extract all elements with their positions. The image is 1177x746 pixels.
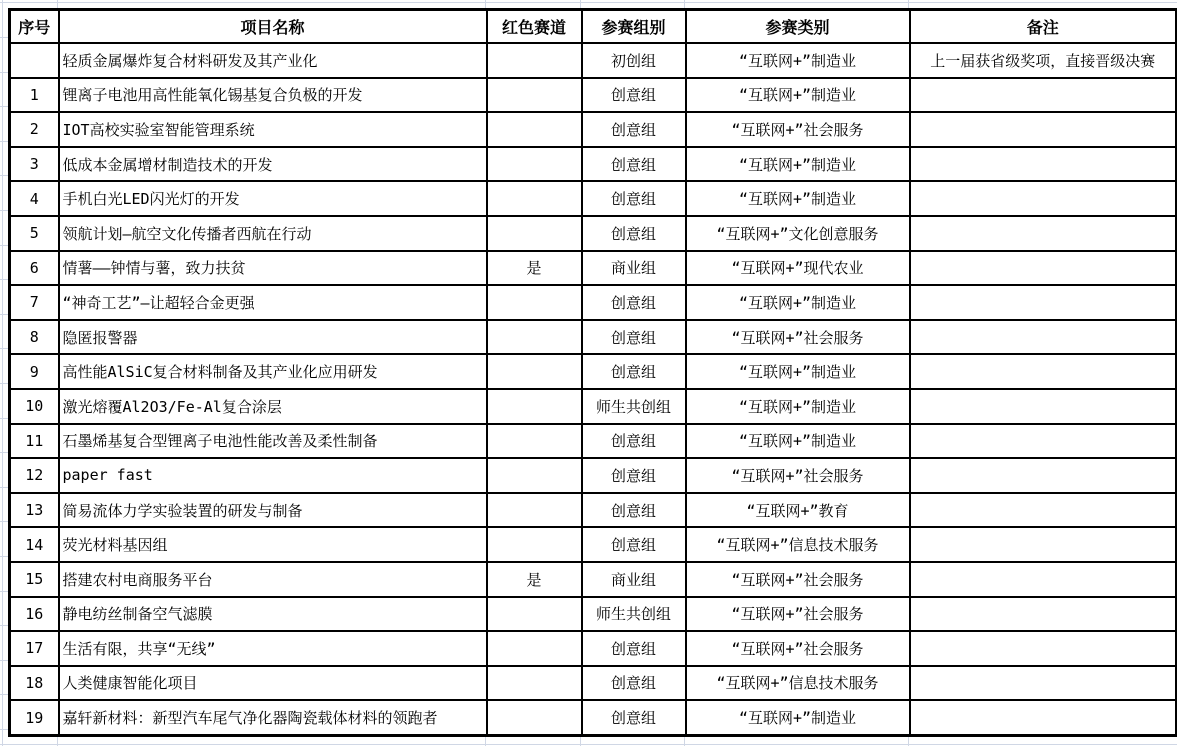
serial-number-cell: 1 (10, 78, 59, 113)
entry-group-cell: 创意组 (582, 354, 686, 389)
excel-gridline (0, 556, 8, 557)
excel-gridline (0, 37, 8, 38)
remarks-cell (910, 181, 1177, 216)
excel-gridline (2, 0, 3, 746)
excel-gridline (485, 0, 486, 8)
project-name-cell: 锂离子电池用高性能氧化锡基复合负极的开发 (59, 78, 487, 113)
entry-category-cell: “互联网+”制造业 (686, 700, 910, 735)
excel-gridline (0, 487, 8, 488)
table-row: 2 IOT高校实验室智能管理系统 创意组 “互联网+”社会服务 (10, 112, 1177, 147)
remarks-cell (910, 389, 1177, 424)
entry-category-cell: “互联网+”制造业 (686, 181, 910, 216)
table-row: 8 隐匿报警器 创意组 “互联网+”社会服务 (10, 320, 1177, 355)
project-name-cell: 手机白光LED闪光灯的开发 (59, 181, 487, 216)
red-track-cell (487, 666, 582, 701)
red-track-cell (487, 631, 582, 666)
entry-group-cell: 创意组 (582, 631, 686, 666)
excel-gridline (0, 210, 8, 211)
excel-gridline (0, 452, 8, 453)
serial-number-cell: 9 (10, 354, 59, 389)
project-name-cell: 生活有限，共享“无线” (59, 631, 487, 666)
entry-category-cell: “互联网+”社会服务 (686, 320, 910, 355)
serial-number-cell: 10 (10, 389, 59, 424)
project-name-cell: 搭建农村电商服务平台 (59, 562, 487, 597)
red-track-cell (487, 320, 582, 355)
remarks-cell: 上一届获省级奖项，直接晋级决赛 (910, 43, 1177, 78)
entry-group-cell: 师生共创组 (582, 389, 686, 424)
excel-gridline (580, 737, 581, 746)
project-name-cell: 人类健康智能化项目 (59, 666, 487, 701)
excel-gridline (0, 141, 8, 142)
excel-gridline (0, 383, 8, 384)
entry-category-cell: “互联网+”制造业 (686, 78, 910, 113)
entry-category-cell: “互联网+”社会服务 (686, 597, 910, 632)
serial-number-cell: 13 (10, 493, 59, 528)
entry-group-cell: 商业组 (582, 251, 686, 286)
remarks-cell (910, 78, 1177, 113)
red-track-cell (487, 147, 582, 182)
project-name-cell: 荧光材料基因组 (59, 527, 487, 562)
remarks-cell (910, 458, 1177, 493)
serial-number-cell: 16 (10, 597, 59, 632)
project-name-cell: 低成本金属增材制造技术的开发 (59, 147, 487, 182)
excel-gridline (0, 694, 8, 695)
red-track-cell (487, 112, 582, 147)
excel-gridline (0, 245, 8, 246)
excel-gridline (0, 521, 8, 522)
project-name-cell: 嘉轩新材料：新型汽车尾气净化器陶瓷载体材料的领跑者 (59, 700, 487, 735)
red-track-cell (487, 389, 582, 424)
entry-category-cell: “互联网+”社会服务 (686, 562, 910, 597)
excel-gridline (0, 729, 8, 730)
entry-category-cell: “互联网+”教育 (686, 493, 910, 528)
excel-gridline (908, 737, 909, 746)
entry-group-cell: 创意组 (582, 112, 686, 147)
entry-group-cell: 创意组 (582, 666, 686, 701)
table-row: 12 paper fast 创意组 “互联网+”社会服务 (10, 458, 1177, 493)
remarks-cell (910, 354, 1177, 389)
project-name-cell: IOT高校实验室智能管理系统 (59, 112, 487, 147)
table-row: 17 生活有限，共享“无线” 创意组 “互联网+”社会服务 (10, 631, 1177, 666)
entry-category-cell: “互联网+”制造业 (686, 43, 910, 78)
red-track-cell (487, 354, 582, 389)
table-row: 1 锂离子电池用高性能氧化锡基复合负极的开发 创意组 “互联网+”制造业 (10, 78, 1177, 113)
table-row: 15 搭建农村电商服务平台 是 商业组 “互联网+”社会服务 (10, 562, 1177, 597)
table-row: 18 人类健康智能化项目 创意组 “互联网+”信息技术服务 (10, 666, 1177, 701)
red-track-cell: 是 (487, 562, 582, 597)
header-red-track: 红色赛道 (487, 10, 582, 44)
entry-category-cell: “互联网+”信息技术服务 (686, 666, 910, 701)
table-row: 16 静电纺丝制备空气滤膜 师生共创组 “互联网+”社会服务 (10, 597, 1177, 632)
entry-category-cell: “互联网+”现代农业 (686, 251, 910, 286)
header-serial-number: 序号 (10, 10, 59, 44)
entry-group-cell: 商业组 (582, 562, 686, 597)
serial-number-cell: 11 (10, 424, 59, 459)
remarks-cell (910, 597, 1177, 632)
serial-number-cell: 8 (10, 320, 59, 355)
serial-number-cell: 18 (10, 666, 59, 701)
table-row: 11 石墨烯基复合型锂离子电池性能改善及柔性制备 创意组 “互联网+”制造业 (10, 424, 1177, 459)
remarks-cell (910, 424, 1177, 459)
table-body: 轻质金属爆炸复合材料研发及其产业化 初创组 “互联网+”制造业 上一届获省级奖项… (10, 43, 1177, 735)
red-track-cell (487, 285, 582, 320)
serial-number-cell: 19 (10, 700, 59, 735)
red-track-cell: 是 (487, 251, 582, 286)
table-row: 13 简易流体力学实验装置的研发与制备 创意组 “互联网+”教育 (10, 493, 1177, 528)
serial-number-cell: 14 (10, 527, 59, 562)
project-name-cell: 高性能AlSiC复合材料制备及其产业化应用研发 (59, 354, 487, 389)
excel-gridline (0, 2, 1177, 3)
entry-category-cell: “互联网+”信息技术服务 (686, 527, 910, 562)
projects-table: 序号 项目名称 红色赛道 参赛组别 参赛类别 备注 轻质金属爆炸复合材料研发及其… (8, 8, 1177, 737)
entry-group-cell: 创意组 (582, 181, 686, 216)
excel-gridline (0, 314, 8, 315)
serial-number-cell: 2 (10, 112, 59, 147)
project-name-cell: paper fast (59, 458, 487, 493)
serial-number-cell: 5 (10, 216, 59, 251)
table-row: 4 手机白光LED闪光灯的开发 创意组 “互联网+”制造业 (10, 181, 1177, 216)
remarks-cell (910, 631, 1177, 666)
remarks-cell (910, 251, 1177, 286)
entry-group-cell: 创意组 (582, 78, 686, 113)
header-entry-category: 参赛类别 (686, 10, 910, 44)
project-name-cell: “神奇工艺”—让超轻合金更强 (59, 285, 487, 320)
project-name-cell: 简易流体力学实验装置的研发与制备 (59, 493, 487, 528)
remarks-cell (910, 216, 1177, 251)
serial-number-cell: 15 (10, 562, 59, 597)
header-project-name: 项目名称 (59, 10, 487, 44)
serial-number-cell: 7 (10, 285, 59, 320)
entry-group-cell: 创意组 (582, 458, 686, 493)
remarks-cell (910, 285, 1177, 320)
red-track-cell (487, 78, 582, 113)
remarks-cell (910, 562, 1177, 597)
entry-group-cell: 创意组 (582, 285, 686, 320)
excel-gridline (0, 72, 8, 73)
table-row: 轻质金属爆炸复合材料研发及其产业化 初创组 “互联网+”制造业 上一届获省级奖项… (10, 43, 1177, 78)
project-name-cell: 轻质金属爆炸复合材料研发及其产业化 (59, 43, 487, 78)
remarks-cell (910, 493, 1177, 528)
table-row: 10 激光熔覆Al2O3/Fe-Al复合涂层 师生共创组 “互联网+”制造业 (10, 389, 1177, 424)
serial-number-cell: 17 (10, 631, 59, 666)
excel-gridline (580, 0, 581, 8)
remarks-cell (910, 320, 1177, 355)
excel-gridline (684, 0, 685, 8)
red-track-cell (487, 216, 582, 251)
red-track-cell (487, 700, 582, 735)
entry-category-cell: “互联网+”社会服务 (686, 458, 910, 493)
project-name-cell: 静电纺丝制备空气滤膜 (59, 597, 487, 632)
table-row: 9 高性能AlSiC复合材料制备及其产业化应用研发 创意组 “互联网+”制造业 (10, 354, 1177, 389)
excel-gridline (684, 737, 685, 746)
entry-group-cell: 创意组 (582, 424, 686, 459)
project-name-cell: 隐匿报警器 (59, 320, 487, 355)
entry-category-cell: “互联网+”制造业 (686, 147, 910, 182)
excel-gridline (0, 591, 8, 592)
excel-gridline (0, 348, 8, 349)
entry-group-cell: 创意组 (582, 216, 686, 251)
project-name-cell: 情薯——钟情与薯，致力扶贫 (59, 251, 487, 286)
excel-gridline (0, 279, 8, 280)
table-row: 7 “神奇工艺”—让超轻合金更强 创意组 “互联网+”制造业 (10, 285, 1177, 320)
excel-gridline (0, 744, 1177, 745)
header-remarks: 备注 (910, 10, 1177, 44)
excel-gridline (0, 106, 8, 107)
excel-gridline (0, 660, 8, 661)
remarks-cell (910, 700, 1177, 735)
entry-category-cell: “互联网+”社会服务 (686, 112, 910, 147)
entry-category-cell: “互联网+”文化创意服务 (686, 216, 910, 251)
header-entry-group: 参赛组别 (582, 10, 686, 44)
red-track-cell (487, 527, 582, 562)
entry-category-cell: “互联网+”社会服务 (686, 631, 910, 666)
excel-gridline (0, 625, 8, 626)
serial-number-cell: 4 (10, 181, 59, 216)
project-name-cell: 领航计划—航空文化传播者西航在行动 (59, 216, 487, 251)
project-name-cell: 石墨烯基复合型锂离子电池性能改善及柔性制备 (59, 424, 487, 459)
serial-number-cell: 6 (10, 251, 59, 286)
excel-gridline (57, 737, 58, 746)
entry-group-cell: 创意组 (582, 320, 686, 355)
entry-category-cell: “互联网+”制造业 (686, 354, 910, 389)
table-row: 19 嘉轩新材料：新型汽车尾气净化器陶瓷载体材料的领跑者 创意组 “互联网+”制… (10, 700, 1177, 735)
entry-group-cell: 创意组 (582, 147, 686, 182)
serial-number-cell: 12 (10, 458, 59, 493)
spreadsheet-area: 序号 项目名称 红色赛道 参赛组别 参赛类别 备注 轻质金属爆炸复合材料研发及其… (0, 0, 1177, 746)
table-row: 6 情薯——钟情与薯，致力扶贫 是 商业组 “互联网+”现代农业 (10, 251, 1177, 286)
remarks-cell (910, 112, 1177, 147)
red-track-cell (487, 43, 582, 78)
excel-gridline (0, 418, 8, 419)
entry-group-cell: 师生共创组 (582, 597, 686, 632)
entry-category-cell: “互联网+”制造业 (686, 285, 910, 320)
remarks-cell (910, 527, 1177, 562)
serial-number-cell: 3 (10, 147, 59, 182)
entry-group-cell: 创意组 (582, 527, 686, 562)
remarks-cell (910, 147, 1177, 182)
remarks-cell (910, 666, 1177, 701)
excel-gridline (485, 737, 486, 746)
excel-gridline (908, 0, 909, 8)
red-track-cell (487, 458, 582, 493)
table-row: 5 领航计划—航空文化传播者西航在行动 创意组 “互联网+”文化创意服务 (10, 216, 1177, 251)
entry-category-cell: “互联网+”制造业 (686, 424, 910, 459)
red-track-cell (487, 181, 582, 216)
table-row: 14 荧光材料基因组 创意组 “互联网+”信息技术服务 (10, 527, 1177, 562)
table-row: 3 低成本金属增材制造技术的开发 创意组 “互联网+”制造业 (10, 147, 1177, 182)
red-track-cell (487, 597, 582, 632)
project-name-cell: 激光熔覆Al2O3/Fe-Al复合涂层 (59, 389, 487, 424)
red-track-cell (487, 493, 582, 528)
entry-category-cell: “互联网+”制造业 (686, 389, 910, 424)
entry-group-cell: 创意组 (582, 700, 686, 735)
red-track-cell (487, 424, 582, 459)
entry-group-cell: 初创组 (582, 43, 686, 78)
serial-number-cell (10, 43, 59, 78)
header-row: 序号 项目名称 红色赛道 参赛组别 参赛类别 备注 (10, 10, 1177, 44)
excel-gridline (0, 175, 8, 176)
entry-group-cell: 创意组 (582, 493, 686, 528)
excel-gridline (57, 0, 58, 8)
